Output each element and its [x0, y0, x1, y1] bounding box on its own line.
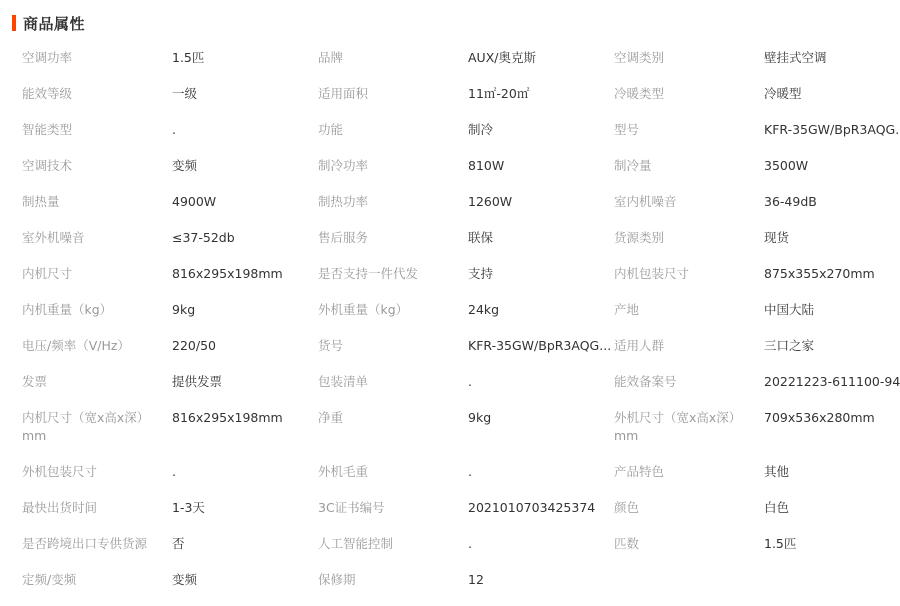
attribute-value: 冷暖型 — [764, 82, 900, 106]
attribute-value: 一级 — [172, 82, 318, 106]
attribute-value: . — [468, 370, 614, 394]
attribute-label: 定频/变频 — [22, 568, 172, 592]
attribute-label: 空调技术 — [22, 154, 172, 178]
attribute-cell: 室外机噪音≤37-52db — [22, 226, 318, 250]
attribute-value: KFR-35GW/BpR3AQG... — [468, 334, 614, 358]
attribute-label: 外机包装尺寸 — [22, 460, 172, 484]
attribute-cell: 是否支持一件代发支持 — [318, 262, 614, 286]
attribute-row: 外机包装尺寸.外机毛重.产品特色其他 — [0, 460, 900, 496]
attribute-row: 内机尺寸（宽x高x深）mm816x295x198mm净重9kg外机尺寸（宽x高x… — [0, 406, 900, 460]
attribute-cell: 内机包装尺寸875x355x270mm — [614, 262, 900, 286]
attribute-label: 制热量 — [22, 190, 172, 214]
attribute-value: 现货 — [764, 226, 900, 250]
attribute-row: 定频/变频变频保修期12 — [0, 568, 900, 604]
attribute-label: 能效备案号 — [614, 370, 764, 394]
attribute-label: 内机尺寸（宽x高x深）mm — [22, 406, 172, 448]
attribute-cell: 外机尺寸（宽x高x深）mm709x536x280mm — [614, 406, 900, 448]
attribute-label: 制热功率 — [318, 190, 468, 214]
attribute-value: 白色 — [764, 496, 900, 520]
attribute-cell: 发票提供发票 — [22, 370, 318, 394]
attribute-value: . — [468, 532, 614, 556]
attribute-label: 人工智能控制 — [318, 532, 468, 556]
attribute-value: 810W — [468, 154, 614, 178]
attribute-label: 产品特色 — [614, 460, 764, 484]
attribute-value: 36-49dB — [764, 190, 900, 214]
attribute-label: 内机重量（kg） — [22, 298, 172, 322]
attribute-label: 空调类别 — [614, 46, 764, 70]
attribute-row: 发票提供发票包装清单.能效备案号20221223-611100-94... — [0, 370, 900, 406]
attribute-label: 外机重量（kg） — [318, 298, 468, 322]
attribute-label: 室内机噪音 — [614, 190, 764, 214]
attribute-cell: 颜色白色 — [614, 496, 900, 520]
attribute-label: 是否跨境出口专供货源 — [22, 532, 172, 556]
attribute-cell: 功能制冷 — [318, 118, 614, 142]
attribute-label: 售后服务 — [318, 226, 468, 250]
attribute-label: 电压/频率（V/Hz） — [22, 334, 172, 358]
attribute-label: 货号 — [318, 334, 468, 358]
attribute-row: 制热量4900W制热功率1260W室内机噪音36-49dB — [0, 190, 900, 226]
attribute-cell: 产地中国大陆 — [614, 298, 900, 322]
attribute-cell: 内机重量（kg）9kg — [22, 298, 318, 322]
attribute-label: 产地 — [614, 298, 764, 322]
attribute-value: 816x295x198mm — [172, 262, 318, 286]
attribute-value: 3500W — [764, 154, 900, 178]
attribute-label: 适用面积 — [318, 82, 468, 106]
attribute-row: 空调功率1.5匹品牌AUX/奥克斯空调类别壁挂式空调 — [0, 46, 900, 82]
attribute-cell: 3C证书编号2021010703425374 — [318, 496, 614, 520]
attribute-value: 816x295x198mm — [172, 406, 318, 448]
attribute-label: 空调功率 — [22, 46, 172, 70]
attribute-label: 最快出货时间 — [22, 496, 172, 520]
attribute-label: 匹数 — [614, 532, 764, 556]
attribute-row: 内机尺寸816x295x198mm是否支持一件代发支持内机包装尺寸875x355… — [0, 262, 900, 298]
attribute-cell: 外机包装尺寸. — [22, 460, 318, 484]
attribute-label: 内机包装尺寸 — [614, 262, 764, 286]
attribute-cell: 空调技术变频 — [22, 154, 318, 178]
attribute-value: 支持 — [468, 262, 614, 286]
attribute-label: 品牌 — [318, 46, 468, 70]
attribute-value: 提供发票 — [172, 370, 318, 394]
attribute-value: 制冷 — [468, 118, 614, 142]
attribute-value: 20221223-611100-94... — [764, 370, 900, 394]
attribute-cell: 能效等级一级 — [22, 82, 318, 106]
attribute-cell: 保修期12 — [318, 568, 614, 592]
attribute-value: 24kg — [468, 298, 614, 322]
attribute-label: 冷暖类型 — [614, 82, 764, 106]
attribute-cell: 匹数1.5匹 — [614, 532, 900, 556]
attribute-value: . — [172, 460, 318, 484]
attribute-value: 中国大陆 — [764, 298, 900, 322]
section-header: 商品属性 — [12, 13, 85, 33]
attribute-value: . — [172, 118, 318, 142]
attribute-cell: 定频/变频变频 — [22, 568, 318, 592]
attribute-label: 室外机噪音 — [22, 226, 172, 250]
attribute-label: 功能 — [318, 118, 468, 142]
attribute-row: 能效等级一级适用面积11㎡-20㎡冷暖类型冷暖型 — [0, 82, 900, 118]
section-title: 商品属性 — [23, 13, 85, 34]
attribute-value: 1-3天 — [172, 496, 318, 520]
attribute-row: 内机重量（kg）9kg外机重量（kg）24kg产地中国大陆 — [0, 298, 900, 334]
attribute-cell: 是否跨境出口专供货源否 — [22, 532, 318, 556]
attribute-row: 最快出货时间1-3天3C证书编号2021010703425374颜色白色 — [0, 496, 900, 532]
attribute-value: 1.5匹 — [764, 532, 900, 556]
attribute-cell: 能效备案号20221223-611100-94... — [614, 370, 900, 394]
attribute-label: 外机毛重 — [318, 460, 468, 484]
attribute-cell: 内机尺寸816x295x198mm — [22, 262, 318, 286]
attribute-cell: 净重9kg — [318, 406, 614, 430]
attribute-label: 包装清单 — [318, 370, 468, 394]
attribute-cell: 制热量4900W — [22, 190, 318, 214]
attribute-value: KFR-35GW/BpR3AQG... — [764, 118, 900, 142]
attribute-cell: 制热功率1260W — [318, 190, 614, 214]
attribute-cell: 货源类别现货 — [614, 226, 900, 250]
attribute-label: 外机尺寸（宽x高x深）mm — [614, 406, 764, 448]
attribute-row: 电压/频率（V/Hz）220/50货号KFR-35GW/BpR3AQG...适用… — [0, 334, 900, 370]
attribute-row: 智能类型.功能制冷型号KFR-35GW/BpR3AQG... — [0, 118, 900, 154]
attribute-grid: 空调功率1.5匹品牌AUX/奥克斯空调类别壁挂式空调能效等级一级适用面积11㎡-… — [0, 46, 900, 604]
attribute-label: 净重 — [318, 406, 468, 430]
attribute-label: 适用人群 — [614, 334, 764, 358]
attribute-value: 9kg — [172, 298, 318, 322]
attribute-cell: 智能类型. — [22, 118, 318, 142]
attribute-value: 1.5匹 — [172, 46, 318, 70]
attribute-value: 变频 — [172, 568, 318, 592]
attribute-value: 三口之家 — [764, 334, 900, 358]
attribute-label: 内机尺寸 — [22, 262, 172, 286]
attribute-cell: 最快出货时间1-3天 — [22, 496, 318, 520]
attribute-value: 11㎡-20㎡ — [468, 82, 614, 106]
attribute-cell: 内机尺寸（宽x高x深）mm816x295x198mm — [22, 406, 318, 448]
attribute-cell: 空调类别壁挂式空调 — [614, 46, 900, 70]
attribute-value: 4900W — [172, 190, 318, 214]
attribute-value: 联保 — [468, 226, 614, 250]
attribute-value: 2021010703425374 — [468, 496, 614, 520]
attribute-row: 空调技术变频制冷功率810W制冷量3500W — [0, 154, 900, 190]
attribute-row: 室外机噪音≤37-52db售后服务联保货源类别现货 — [0, 226, 900, 262]
attribute-cell: 包装清单. — [318, 370, 614, 394]
attribute-cell: 制冷功率810W — [318, 154, 614, 178]
accent-bar — [12, 15, 16, 31]
attribute-label: 颜色 — [614, 496, 764, 520]
attribute-value: 其他 — [764, 460, 900, 484]
attribute-value: AUX/奥克斯 — [468, 46, 614, 70]
attribute-value: 9kg — [468, 406, 614, 430]
attribute-value: . — [468, 460, 614, 484]
attribute-label: 制冷功率 — [318, 154, 468, 178]
attribute-label: 能效等级 — [22, 82, 172, 106]
attribute-cell: 品牌AUX/奥克斯 — [318, 46, 614, 70]
attribute-value: 1260W — [468, 190, 614, 214]
attribute-value: 壁挂式空调 — [764, 46, 900, 70]
attribute-label: 智能类型 — [22, 118, 172, 142]
attribute-cell: 人工智能控制. — [318, 532, 614, 556]
attribute-cell: 外机毛重. — [318, 460, 614, 484]
attribute-cell: 室内机噪音36-49dB — [614, 190, 900, 214]
attribute-cell: 型号KFR-35GW/BpR3AQG... — [614, 118, 900, 142]
attribute-value: 875x355x270mm — [764, 262, 900, 286]
attribute-cell: 售后服务联保 — [318, 226, 614, 250]
attribute-cell: 适用人群三口之家 — [614, 334, 900, 358]
attribute-cell: 货号KFR-35GW/BpR3AQG... — [318, 334, 614, 358]
attribute-label: 发票 — [22, 370, 172, 394]
attribute-value: 否 — [172, 532, 318, 556]
attribute-label: 保修期 — [318, 568, 468, 592]
attribute-cell: 空调功率1.5匹 — [22, 46, 318, 70]
attribute-value: ≤37-52db — [172, 226, 318, 250]
attribute-cell: 适用面积11㎡-20㎡ — [318, 82, 614, 106]
attribute-value: 220/50 — [172, 334, 318, 358]
attribute-cell: 产品特色其他 — [614, 460, 900, 484]
attribute-value: 709x536x280mm — [764, 406, 900, 448]
attribute-label: 3C证书编号 — [318, 496, 468, 520]
attribute-label: 制冷量 — [614, 154, 764, 178]
attribute-value: 12 — [468, 568, 614, 592]
attribute-cell: 外机重量（kg）24kg — [318, 298, 614, 322]
attribute-cell: 制冷量3500W — [614, 154, 900, 178]
attribute-cell: 电压/频率（V/Hz）220/50 — [22, 334, 318, 358]
attribute-label: 型号 — [614, 118, 764, 142]
attribute-label: 货源类别 — [614, 226, 764, 250]
attribute-cell: 冷暖类型冷暖型 — [614, 82, 900, 106]
attribute-value: 变频 — [172, 154, 318, 178]
attribute-label: 是否支持一件代发 — [318, 262, 468, 286]
attribute-row: 是否跨境出口专供货源否人工智能控制.匹数1.5匹 — [0, 532, 900, 568]
